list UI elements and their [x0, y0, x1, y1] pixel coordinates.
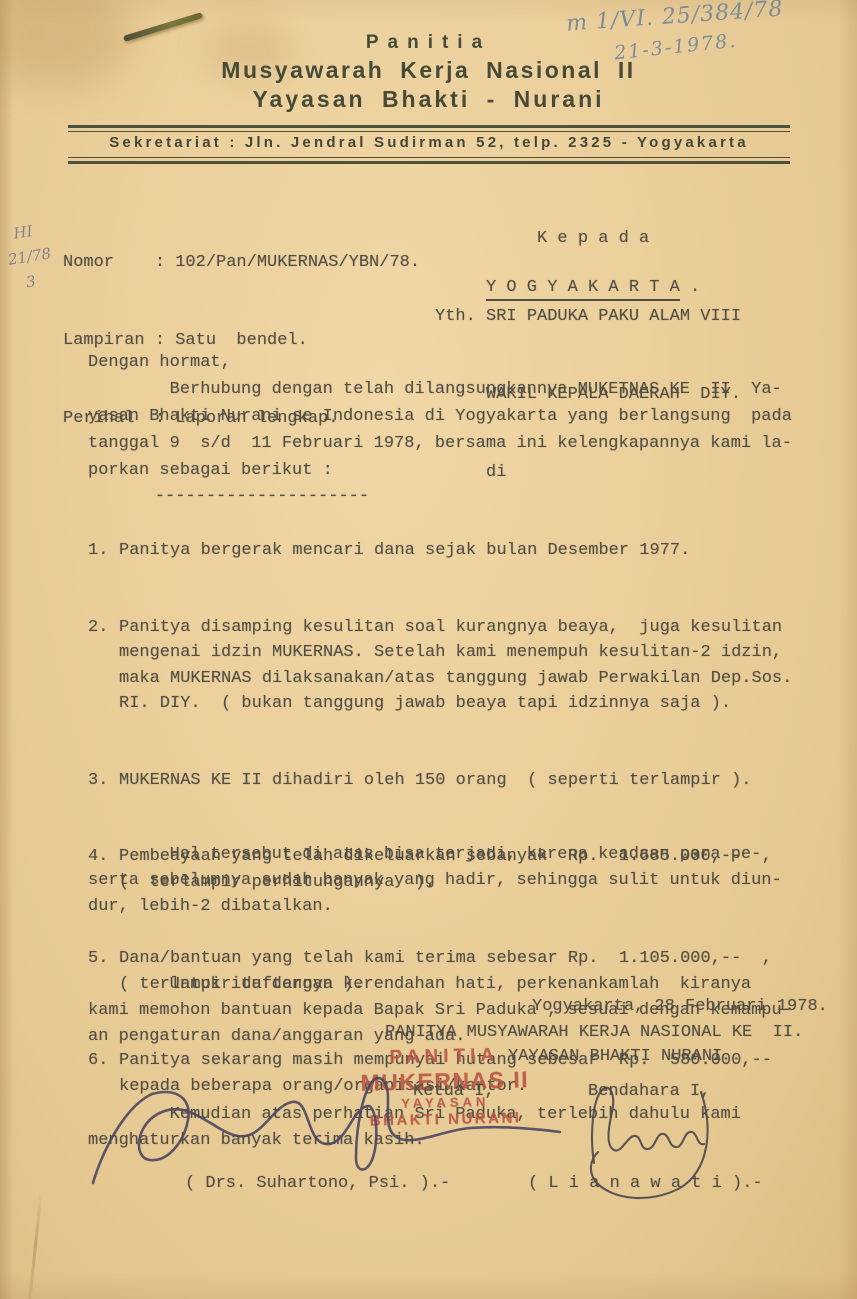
letterhead-committee: Panitia — [0, 32, 857, 54]
bendahara-title: Bendahara I, — [588, 1082, 710, 1101]
signoff-committee-line: PANITYA MUSYAWARAH KERJA NASIONAL KE II. — [385, 1023, 803, 1042]
letterhead-secretariat: Sekretariat : Jln. Jendral Sudirman 52, … — [68, 134, 790, 151]
letterhead-event: Musyawarah Kerja Nasional II — [0, 57, 857, 84]
place-date-line: Yogyakarta, 28 Februari 1978. — [532, 997, 828, 1016]
letter-page: m 1/VI. 25/384/78 21-3-1978. HI 21/78 3 … — [0, 0, 857, 1299]
letterhead-rule-top — [68, 125, 790, 132]
letterhead-rule-bottom — [68, 157, 790, 164]
recipient-city: Y O G Y A K A R T A — [486, 278, 680, 301]
ketua-title: Ketua I, — [413, 1082, 495, 1101]
letterhead-organization: Yayasan Bhakti - Nurani — [0, 86, 857, 113]
bendahara-name: ( L i a n a w a t i ).- — [528, 1174, 763, 1193]
item-number: 2. — [88, 615, 109, 717]
ketua-name: ( Drs. Suhartono, Psi. ).- — [185, 1174, 450, 1193]
handwritten-margin-note: HI 21/78 3 — [2, 217, 51, 297]
item-number: 1. — [88, 538, 109, 564]
recipient-city-line: Y O G Y A K A R T A . — [486, 278, 700, 297]
recipient-name: Yth. SRI PADUKA PAKU ALAM VIII — [435, 304, 741, 330]
recipient-kepada: K e p a d a — [435, 226, 741, 252]
recipient-city-suffix: . — [680, 278, 700, 297]
paragraph: Hal tersebut di atas bisa terjadi, karen… — [88, 842, 792, 920]
item-text: Panitya disamping kesulitan soal kurangn… — [119, 615, 792, 717]
meta-nomor-line: Nomor : 102/Pan/MUKERNAS/YBN/78. — [63, 250, 420, 276]
list-item: 2.Panitya disamping kesulitan soal kuran… — [88, 615, 792, 717]
list-item: 1.Panitya bergerak mencari dana sejak bu… — [88, 538, 792, 564]
signoff-organization-line: YAYASAN BHAKTI NURANI — [508, 1047, 722, 1066]
opening-paragraph: Dengan hormat, Berhubung dengan telah di… — [88, 349, 792, 484]
item-text: Panitya bergerak mencari dana sejak bula… — [119, 538, 792, 564]
